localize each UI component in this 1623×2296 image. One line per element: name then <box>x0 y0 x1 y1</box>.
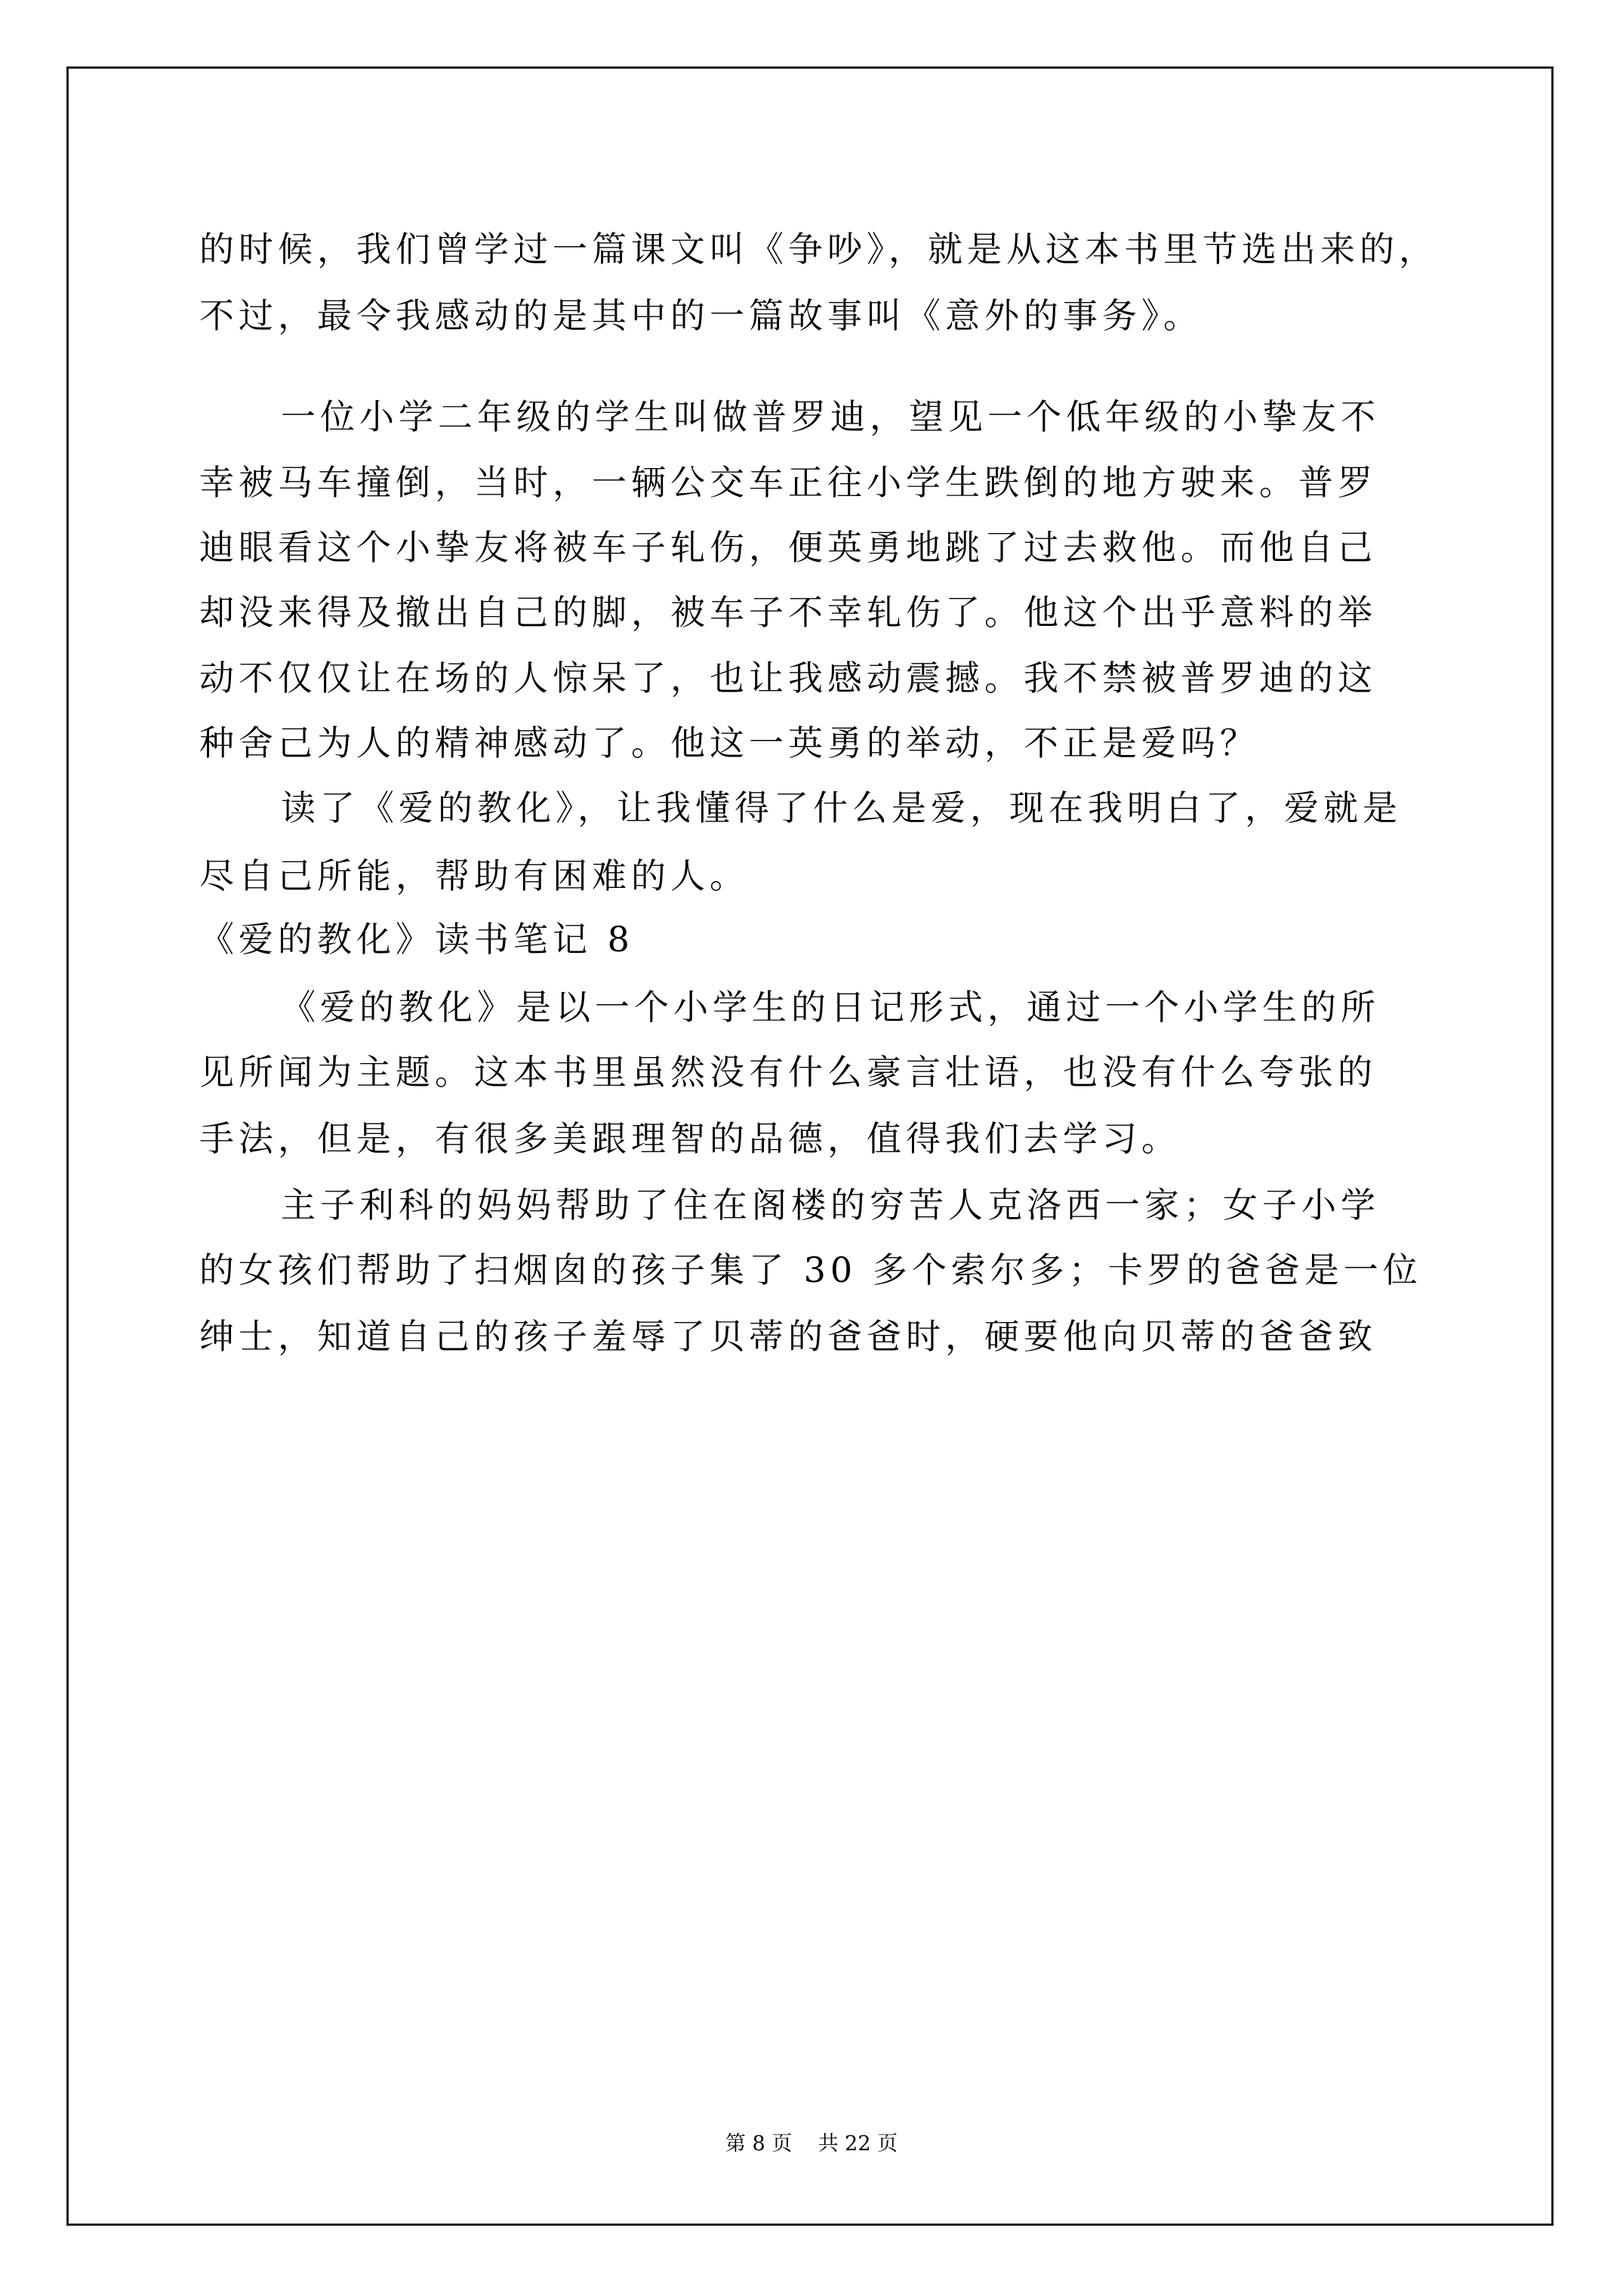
paragraph-first-line: 主子利科的妈妈帮助了住在阁楼的穷苦人克洛西一家；女子小学 <box>199 1182 1380 1228</box>
paragraph-first-line: 《爱的教化》是以一个小学生的日记形式，通过一个小学生的所 <box>199 985 1380 1030</box>
text-line: 动不仅仅让在场的人惊呆了，也让我感动震撼。我不禁被普罗迪的这 <box>199 655 1377 701</box>
page-number-footer: 第 8 页 共 22 页 <box>0 2131 1623 2158</box>
text-line: 迪眼看这个小挚友将被车子轧伤，便英勇地跳了过去救他。而他自己 <box>199 525 1377 570</box>
text-line: 见所闻为主题。这本书里虽然没有什么豪言壮语，也没有什么夸张的 <box>199 1049 1377 1095</box>
paragraph-first-line: 一位小学二年级的学生叫做普罗迪，望见一个低年级的小挚友不 <box>199 394 1380 439</box>
text-line: 的女孩们帮助了扫烟囱的孩子集了 30 多个索尔多；卡罗的爸爸是一位 <box>199 1247 1422 1293</box>
text-line: 幸被马车撞倒，当时，一辆公交车正往小学生跌倒的地方驶来。普罗 <box>199 460 1377 505</box>
paragraph-first-line: 读了《爱的教化》，让我懂得了什么是爱，现在我明白了，爱就是 <box>199 785 1402 831</box>
section-heading: 《爱的教化》读书笔记 8 <box>199 917 634 962</box>
text-line: 不过，最令我感动的是其中的一篇故事叫《意外的事务》。 <box>199 293 1203 338</box>
text-line: 绅士，知道自己的孩子羞辱了贝蒂的爸爸时，硬要他向贝蒂的爸爸致 <box>199 1314 1377 1359</box>
text-line: 的时候，我们曾学过一篇课文叫《争吵》，就是从这本书里节选出来的， <box>199 227 1438 272</box>
text-line: 种舍己为人的精神感动了。他这一英勇的举动，不正是爱吗？ <box>199 720 1259 766</box>
text-line: 尽自己所能，帮助有困难的人。 <box>199 853 749 898</box>
text-line: 手法，但是，有很多美跟理智的品德，值得我们去学习。 <box>199 1116 1181 1161</box>
text-line: 却没来得及撤出自己的脚，被车子不幸轧伤了。他这个出乎意料的举 <box>199 590 1377 635</box>
